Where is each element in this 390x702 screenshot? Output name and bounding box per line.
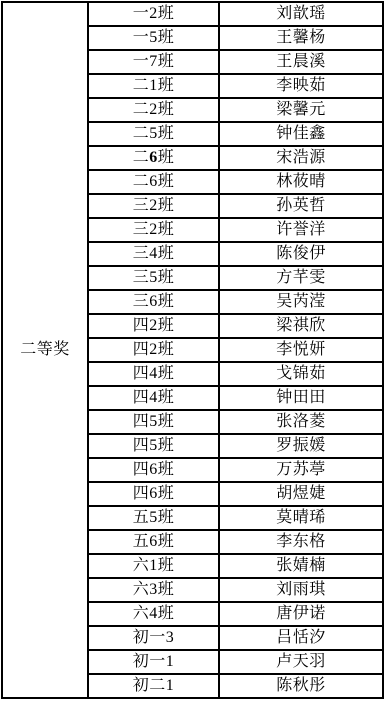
class-cell: 三2班 xyxy=(88,194,219,218)
class-cell: 四5班 xyxy=(88,410,219,434)
name-cell: 王馨杨 xyxy=(219,26,383,50)
class-cell: 二1班 xyxy=(88,74,219,98)
name-cell: 方芊雯 xyxy=(219,266,383,290)
name-cell: 吕恬汐 xyxy=(219,626,383,650)
class-cell: 四4班 xyxy=(88,362,219,386)
name-cell: 李悦妍 xyxy=(219,338,383,362)
class-cell: 四6班 xyxy=(88,458,219,482)
table-row: 二等奖一2班刘歆瑶 xyxy=(2,2,383,26)
class-cell: 四2班 xyxy=(88,314,219,338)
name-cell: 钟佳鑫 xyxy=(219,122,383,146)
class-cell: 一7班 xyxy=(88,50,219,74)
class-cell: 四6班 xyxy=(88,482,219,506)
name-cell: 戈锦茹 xyxy=(219,362,383,386)
name-cell: 陈俊伊 xyxy=(219,242,383,266)
name-cell: 陈秋彤 xyxy=(219,674,383,698)
class-cell: 六1班 xyxy=(88,554,219,578)
class-cell: 三4班 xyxy=(88,242,219,266)
name-cell: 罗振媛 xyxy=(219,434,383,458)
name-cell: 钟田田 xyxy=(219,386,383,410)
award-label-cell: 二等奖 xyxy=(2,2,88,698)
awards-table: 二等奖一2班刘歆瑶一5班王馨杨一7班王晨溪二1班李映茹二2班梁馨元二5班钟佳鑫二… xyxy=(1,1,384,699)
name-cell: 张洛菱 xyxy=(219,410,383,434)
class-cell: 三2班 xyxy=(88,218,219,242)
name-cell: 梁祺欣 xyxy=(219,314,383,338)
class-cell: 四4班 xyxy=(88,386,219,410)
class-cell: 五6班 xyxy=(88,530,219,554)
class-cell: 初一3 xyxy=(88,626,219,650)
awards-table-body: 二等奖一2班刘歆瑶一5班王馨杨一7班王晨溪二1班李映茹二2班梁馨元二5班钟佳鑫二… xyxy=(2,2,383,698)
class-cell: 四2班 xyxy=(88,338,219,362)
name-cell: 张婧楠 xyxy=(219,554,383,578)
class-cell: 四5班 xyxy=(88,434,219,458)
class-cell: 五5班 xyxy=(88,506,219,530)
class-cell: 初一1 xyxy=(88,650,219,674)
class-cell: 二6班 xyxy=(88,146,219,170)
name-cell: 胡煜婕 xyxy=(219,482,383,506)
name-cell: 万苏葶 xyxy=(219,458,383,482)
name-cell: 王晨溪 xyxy=(219,50,383,74)
name-cell: 宋浩源 xyxy=(219,146,383,170)
name-cell: 李东格 xyxy=(219,530,383,554)
class-cell: 三6班 xyxy=(88,290,219,314)
name-cell: 卢天羽 xyxy=(219,650,383,674)
name-cell: 唐伊诺 xyxy=(219,602,383,626)
name-cell: 梁馨元 xyxy=(219,98,383,122)
class-cell: 六3班 xyxy=(88,578,219,602)
name-cell: 林莜晴 xyxy=(219,170,383,194)
class-cell: 三5班 xyxy=(88,266,219,290)
class-cell: 一5班 xyxy=(88,26,219,50)
class-cell: 六4班 xyxy=(88,602,219,626)
class-cell: 初二1 xyxy=(88,674,219,698)
class-cell: 二5班 xyxy=(88,122,219,146)
name-cell: 刘雨琪 xyxy=(219,578,383,602)
name-cell: 吴芮滢 xyxy=(219,290,383,314)
name-cell: 孙英哲 xyxy=(219,194,383,218)
class-cell: 二6班 xyxy=(88,170,219,194)
name-cell: 刘歆瑶 xyxy=(219,2,383,26)
name-cell: 莫晴琋 xyxy=(219,506,383,530)
class-cell: 二2班 xyxy=(88,98,219,122)
name-cell: 许誉洋 xyxy=(219,218,383,242)
name-cell: 李映茹 xyxy=(219,74,383,98)
class-cell: 一2班 xyxy=(88,2,219,26)
